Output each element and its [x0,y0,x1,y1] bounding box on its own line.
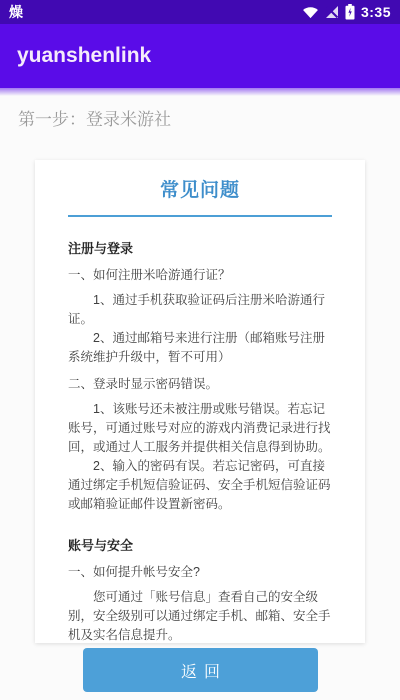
step-label: 第一步：登录米游社 [18,105,171,130]
faq-answer-line: 1、该账号还未被注册或账号错误。若忘记账号，可通过账号对应的游戏内消费记录进行找… [68,400,332,457]
faq-question: 一、如何注册米哈游通行证？ [68,266,332,285]
status-bar: 燥 3:35 [0,0,400,24]
faq-body[interactable]: 注册与登录 一、如何注册米哈游通行证？ 1、通过手机获取验证码后注册米哈游通行证… [68,239,332,643]
faq-question: 一、如何提升帐号安全? [68,563,332,582]
status-time: 3:35 [361,4,391,20]
faq-question: 二、登录时显示密码错误。 [68,375,332,394]
faq-card: 常见问题 注册与登录 一、如何注册米哈游通行证？ 1、通过手机获取验证码后注册米… [35,160,365,643]
no-signal-icon [325,5,339,19]
notification-glyph: 燥 [9,0,23,24]
faq-answer-line: 1、通过手机获取验证码后注册米哈游通行证。 [68,291,332,329]
android-screen: 燥 3:35 yuanshenlink 第一步：登录米游社 常见问题 [0,0,400,700]
faq-section-heading: 账号与安全 [68,536,332,555]
app-title: yuanshenlink [17,44,151,68]
app-bar: yuanshenlink [0,24,400,88]
back-button[interactable]: 返回 [83,648,318,692]
faq-answer-line: 您可通过「账号信息」查看自己的安全级别，安全级别可以通过绑定手机、邮箱、安全手机… [68,588,332,643]
faq-divider [68,215,332,217]
faq-answer-line: 2、通过邮箱号来进行注册（邮箱账号注册系统维护升级中，暂不可用） [68,329,332,367]
faq-section-heading: 注册与登录 [68,239,332,258]
faq-answer: 您可通过「账号信息」查看自己的安全级别，安全级别可以通过绑定手机、邮箱、安全手机… [68,588,332,643]
faq-answer-line: 2、输入的密码有误。若忘记密码，可直接通过绑定手机短信验证码、安全手机短信验证码… [68,457,332,514]
wifi-icon [302,6,319,19]
faq-answer: 1、通过手机获取验证码后注册米哈游通行证。 2、通过邮箱号来进行注册（邮箱账号注… [68,291,332,367]
faq-title: 常见问题 [68,175,332,202]
app-bar-shadow [0,88,400,96]
faq-answer: 1、该账号还未被注册或账号错误。若忘记账号，可通过账号对应的游戏内消费记录进行找… [68,400,332,514]
battery-charging-icon [345,4,355,20]
status-bar-right: 3:35 [302,4,391,20]
